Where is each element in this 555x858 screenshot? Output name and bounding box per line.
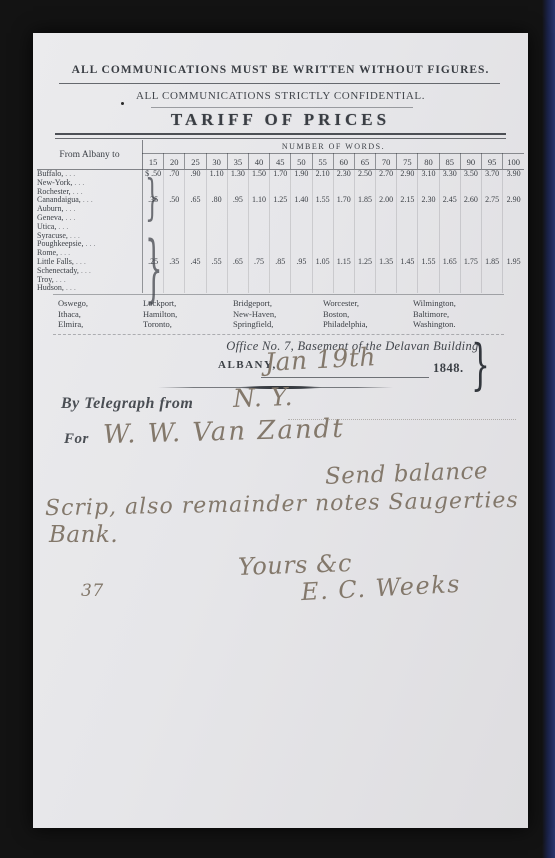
price-cell: .90 <box>185 170 206 179</box>
price-cell: 2.75 <box>482 196 503 205</box>
price-cell: 2.00 <box>376 196 397 205</box>
empty-cell <box>164 214 185 223</box>
header-confidential-line: ALL COMMUNICATIONS STRICTLY CONFIDENTIAL… <box>33 90 528 102</box>
city-name: Canandaigua, <box>37 196 143 205</box>
price-cell: 1.25 <box>270 196 291 205</box>
price-cell: .45 <box>185 258 206 267</box>
empty-cell <box>248 232 269 241</box>
empty-cell <box>397 179 418 188</box>
word-count-header: 65 <box>354 154 375 170</box>
city-name: Syracuse, <box>37 232 143 241</box>
word-count-header: 60 <box>333 154 354 170</box>
empty-cell <box>376 284 397 293</box>
station-name: Bridgeport, <box>233 298 276 309</box>
city-name: Auburn, <box>37 205 143 214</box>
empty-cell <box>354 276 375 285</box>
empty-cell <box>418 214 439 223</box>
empty-cell <box>143 267 164 276</box>
tariff-row: Syracuse, <box>37 232 524 241</box>
station-column: Lockport,Hamilton,Toronto, <box>143 298 177 330</box>
empty-cell <box>460 276 481 285</box>
empty-cell <box>418 179 439 188</box>
empty-cell <box>227 267 248 276</box>
price-cell: .65 <box>185 196 206 205</box>
empty-cell <box>248 223 269 232</box>
price-cell: .70 <box>164 170 185 179</box>
price-cell: 1.25 <box>354 258 375 267</box>
station-name: Philadelphia, <box>323 319 368 330</box>
empty-cell <box>143 276 164 285</box>
header-rule <box>59 83 500 84</box>
empty-cell <box>439 232 460 241</box>
empty-cell <box>376 205 397 214</box>
empty-cell <box>460 223 481 232</box>
date-underline <box>261 377 429 378</box>
page-title: TARIFF OF PRICES <box>33 110 528 130</box>
tariff-row: Troy, <box>37 276 524 285</box>
empty-cell <box>291 205 312 214</box>
empty-cell <box>227 284 248 293</box>
empty-cell <box>164 276 185 285</box>
price-cell: 2.30 <box>418 196 439 205</box>
empty-cell <box>482 232 503 241</box>
tariff-row: Little Falls,.25.35.45.55.65.75.85.951.0… <box>37 258 524 267</box>
price-cell: .35 <box>143 196 164 205</box>
empty-cell <box>397 232 418 241</box>
tariff-row: Auburn, <box>37 205 524 214</box>
empty-cell <box>206 284 227 293</box>
empty-cell <box>143 232 164 241</box>
empty-cell <box>503 232 524 241</box>
tariff-row: Hudson, <box>37 284 524 293</box>
station-name: Lockport, <box>143 298 177 309</box>
empty-cell <box>312 232 333 241</box>
empty-cell <box>291 232 312 241</box>
empty-cell <box>248 214 269 223</box>
word-count-header: 30 <box>206 154 227 170</box>
station-name: Boston, <box>323 309 368 320</box>
price-cell: 1.70 <box>270 170 291 179</box>
empty-cell <box>312 284 333 293</box>
message-line-2: Scrip, also remainder notes Saugerties <box>45 488 519 521</box>
empty-cell <box>460 179 481 188</box>
tariff-row: Geneva, <box>37 214 524 223</box>
price-cell: 2.50 <box>354 170 375 179</box>
empty-cell <box>439 284 460 293</box>
empty-cell <box>312 267 333 276</box>
price-cell: 1.10 <box>206 170 227 179</box>
station-name: Oswego, <box>58 298 88 309</box>
price-cell: .55 <box>206 258 227 267</box>
station-name: Elmira, <box>58 319 88 330</box>
empty-cell <box>312 179 333 188</box>
city-name: Rome, <box>37 249 143 258</box>
empty-cell <box>333 232 354 241</box>
empty-cell <box>397 214 418 223</box>
price-cell: 1.85 <box>482 258 503 267</box>
empty-cell <box>333 205 354 214</box>
empty-cell <box>439 205 460 214</box>
empty-cell <box>248 276 269 285</box>
empty-cell <box>418 223 439 232</box>
empty-cell <box>376 214 397 223</box>
title-double-rule <box>55 133 506 139</box>
station-column: Bridgeport,New-Haven,Springfield, <box>233 298 276 330</box>
empty-cell <box>482 267 503 276</box>
by-telegraph-from-label: By Telegraph from <box>61 395 193 413</box>
price-cell: 1.05 <box>312 258 333 267</box>
empty-cell <box>354 240 375 249</box>
empty-cell <box>439 267 460 276</box>
empty-cell <box>248 267 269 276</box>
empty-cell <box>227 240 248 249</box>
price-cell: .80 <box>206 196 227 205</box>
empty-cell <box>291 284 312 293</box>
empty-cell <box>333 179 354 188</box>
printed-year: 1848. <box>433 361 464 376</box>
empty-cell <box>143 179 164 188</box>
price-cell: 1.40 <box>291 196 312 205</box>
word-count-header: 20 <box>164 154 185 170</box>
city-name: Hudson, <box>37 284 143 293</box>
tariff-table: From Albany to NUMBER OF WORDS. 15202530… <box>37 140 524 293</box>
empty-cell <box>185 179 206 188</box>
empty-cell <box>206 276 227 285</box>
price-cell: .95 <box>291 258 312 267</box>
empty-cell <box>503 205 524 214</box>
word-count-header: 90 <box>460 154 481 170</box>
city-name: Little Falls, <box>37 258 143 267</box>
empty-cell <box>206 267 227 276</box>
empty-cell <box>270 240 291 249</box>
price-cell: .95 <box>227 196 248 205</box>
handwritten-recipient: W. W. Van Zandt <box>103 414 345 450</box>
tariff-row: Canandaigua,.35.50.65.80.951.101.251.401… <box>37 196 524 205</box>
empty-cell <box>376 276 397 285</box>
empty-cell <box>185 232 206 241</box>
word-count-header: 75 <box>397 154 418 170</box>
message-line-1: Send balance <box>325 458 489 490</box>
empty-cell <box>354 214 375 223</box>
stations-bottom-rule <box>53 334 504 335</box>
city-name: New-York, <box>37 179 143 188</box>
empty-cell <box>418 267 439 276</box>
word-count-header: 100 <box>503 154 524 170</box>
number-of-words-header: NUMBER OF WORDS. <box>143 140 525 154</box>
word-count-header: 35 <box>227 154 248 170</box>
empty-cell <box>185 276 206 285</box>
price-cell: 1.55 <box>312 196 333 205</box>
empty-cell <box>503 284 524 293</box>
empty-cell <box>185 267 206 276</box>
city-name: Troy, <box>37 276 143 285</box>
empty-cell <box>482 284 503 293</box>
empty-cell <box>164 223 185 232</box>
empty-cell <box>185 214 206 223</box>
empty-cell <box>354 205 375 214</box>
empty-cell <box>227 276 248 285</box>
price-cell: 2.10 <box>312 170 333 179</box>
price-cell: 1.35 <box>376 258 397 267</box>
empty-cell <box>143 240 164 249</box>
empty-cell <box>206 179 227 188</box>
empty-cell <box>291 267 312 276</box>
confidential-underline <box>151 107 413 108</box>
price-cell: .85 <box>270 258 291 267</box>
header-warning-line: ALL COMMUNICATIONS MUST BE WRITTEN WITHO… <box>33 64 528 76</box>
station-name: Baltimore, <box>413 309 456 320</box>
word-count-header: 25 <box>185 154 206 170</box>
empty-cell <box>482 276 503 285</box>
empty-cell <box>439 214 460 223</box>
empty-cell <box>418 205 439 214</box>
empty-cell <box>248 284 269 293</box>
empty-cell <box>206 232 227 241</box>
stations-top-rule <box>53 294 504 295</box>
empty-cell <box>482 214 503 223</box>
empty-cell <box>418 232 439 241</box>
word-count-header: 55 <box>312 154 333 170</box>
price-cell: 3.10 <box>418 170 439 179</box>
city-name: Utica, <box>37 223 143 232</box>
empty-cell <box>164 284 185 293</box>
empty-cell <box>376 267 397 276</box>
word-count-header: 45 <box>270 154 291 170</box>
empty-cell <box>227 214 248 223</box>
price-cell: 2.30 <box>333 170 354 179</box>
station-name: Wilmington, <box>413 298 456 309</box>
price-cell: 3.90 <box>503 170 524 179</box>
price-cell: 1.85 <box>354 196 375 205</box>
empty-cell <box>312 276 333 285</box>
empty-cell <box>460 232 481 241</box>
price-cell: .35 <box>164 258 185 267</box>
word-count-header: 70 <box>376 154 397 170</box>
empty-cell <box>291 214 312 223</box>
empty-cell <box>206 240 227 249</box>
empty-cell <box>503 214 524 223</box>
price-cell: 1.30 <box>227 170 248 179</box>
empty-cell <box>333 284 354 293</box>
handwritten-date: Jan 19th <box>264 342 376 377</box>
price-cell: $ .50 <box>143 170 164 179</box>
for-label: For <box>64 431 89 448</box>
empty-cell <box>143 284 164 293</box>
empty-cell <box>503 276 524 285</box>
tariff-row: Utica, <box>37 223 524 232</box>
station-name: Hamilton, <box>143 309 177 320</box>
word-count-header: 80 <box>418 154 439 170</box>
empty-cell <box>460 240 481 249</box>
empty-cell <box>397 284 418 293</box>
word-count-header: 15 <box>143 154 164 170</box>
station-column: Wilmington,Baltimore,Washington. <box>413 298 456 330</box>
price-cell: .50 <box>164 196 185 205</box>
price-cell: 1.90 <box>291 170 312 179</box>
empty-cell <box>397 240 418 249</box>
empty-cell <box>333 223 354 232</box>
empty-cell <box>185 223 206 232</box>
price-cell: .25 <box>143 258 164 267</box>
empty-cell <box>503 223 524 232</box>
empty-cell <box>270 267 291 276</box>
empty-cell <box>376 179 397 188</box>
empty-cell <box>418 284 439 293</box>
empty-cell <box>354 232 375 241</box>
empty-cell <box>397 223 418 232</box>
empty-cell <box>185 240 206 249</box>
price-cell: 1.50 <box>248 170 269 179</box>
station-name: Washington. <box>413 319 456 330</box>
price-cell: 1.45 <box>397 258 418 267</box>
empty-cell <box>206 223 227 232</box>
tariff-row: Schenectady, <box>37 267 524 276</box>
price-cell: 3.50 <box>460 170 481 179</box>
empty-cell <box>164 179 185 188</box>
empty-cell <box>270 284 291 293</box>
word-count-header: 50 <box>291 154 312 170</box>
empty-cell <box>333 240 354 249</box>
telegraph-form-paper: ALL COMMUNICATIONS MUST BE WRITTEN WITHO… <box>33 33 528 828</box>
message-line-3: Bank. <box>49 522 118 548</box>
empty-cell <box>185 205 206 214</box>
price-cell: 1.10 <box>248 196 269 205</box>
empty-cell <box>227 205 248 214</box>
empty-cell <box>354 267 375 276</box>
empty-cell <box>460 284 481 293</box>
empty-cell <box>482 240 503 249</box>
price-cell: .75 <box>248 258 269 267</box>
empty-cell <box>418 276 439 285</box>
empty-cell <box>439 276 460 285</box>
city-name: Schenectady, <box>37 267 143 276</box>
empty-cell <box>312 240 333 249</box>
empty-cell <box>418 240 439 249</box>
station-column: Oswego,Ithaca,Elmira, <box>58 298 88 330</box>
empty-cell <box>291 240 312 249</box>
empty-cell <box>185 284 206 293</box>
empty-cell <box>143 205 164 214</box>
price-cell: .65 <box>227 258 248 267</box>
price-cell: 1.55 <box>418 258 439 267</box>
photo-edge-blue-strip <box>542 0 555 858</box>
tariff-row: New-York, <box>37 179 524 188</box>
price-cell: 2.60 <box>460 196 481 205</box>
empty-cell <box>503 267 524 276</box>
empty-cell <box>482 179 503 188</box>
empty-cell <box>333 276 354 285</box>
empty-cell <box>354 284 375 293</box>
price-cell: 2.15 <box>397 196 418 205</box>
empty-cell <box>248 205 269 214</box>
empty-cell <box>482 223 503 232</box>
empty-cell <box>248 240 269 249</box>
empty-cell <box>270 223 291 232</box>
tariff-table-body: Buffalo,$ .50.70.901.101.301.501.701.902… <box>37 170 524 294</box>
empty-cell <box>270 276 291 285</box>
empty-cell <box>333 267 354 276</box>
price-cell: 1.75 <box>460 258 481 267</box>
station-column: Worcester,Boston,Philadelphia, <box>323 298 368 330</box>
price-cell: 3.70 <box>482 170 503 179</box>
empty-cell <box>460 205 481 214</box>
handwritten-word-count: 37 <box>81 581 104 601</box>
word-count-header: 40 <box>248 154 269 170</box>
price-cell: 1.65 <box>439 258 460 267</box>
empty-cell <box>248 179 269 188</box>
empty-cell <box>164 240 185 249</box>
empty-cell <box>333 214 354 223</box>
price-cell: 1.95 <box>503 258 524 267</box>
additional-stations-list: Oswego,Ithaca,Elmira,Lockport,Hamilton,T… <box>33 298 528 332</box>
station-name: Worcester, <box>323 298 368 309</box>
paper-speck <box>121 102 124 105</box>
empty-cell <box>397 267 418 276</box>
city-name: Geneva, <box>37 214 143 223</box>
city-name: Poughkeepsie, <box>37 240 143 249</box>
empty-cell <box>503 240 524 249</box>
empty-cell <box>291 276 312 285</box>
word-count-header: 95 <box>482 154 503 170</box>
empty-cell <box>143 223 164 232</box>
empty-cell <box>312 205 333 214</box>
station-name: Springfield, <box>233 319 276 330</box>
empty-cell <box>227 179 248 188</box>
empty-cell <box>482 205 503 214</box>
empty-cell <box>270 232 291 241</box>
price-cell: 2.90 <box>397 170 418 179</box>
price-cell: 2.70 <box>376 170 397 179</box>
empty-cell <box>354 223 375 232</box>
empty-cell <box>164 232 185 241</box>
from-albany-header: From Albany to <box>37 140 143 170</box>
city-name: Buffalo, <box>37 170 143 179</box>
empty-cell <box>439 240 460 249</box>
city-name: Rochester, <box>37 188 143 197</box>
empty-cell <box>164 205 185 214</box>
tariff-row: Poughkeepsie, <box>37 240 524 249</box>
price-cell: 3.30 <box>439 170 460 179</box>
empty-cell <box>270 205 291 214</box>
empty-cell <box>227 232 248 241</box>
empty-cell <box>164 267 185 276</box>
empty-cell <box>312 214 333 223</box>
empty-cell <box>376 232 397 241</box>
empty-cell <box>397 205 418 214</box>
empty-cell <box>143 214 164 223</box>
empty-cell <box>291 223 312 232</box>
handwritten-origin: N. Y. <box>233 382 294 413</box>
empty-cell <box>206 214 227 223</box>
empty-cell <box>291 179 312 188</box>
empty-cell <box>439 179 460 188</box>
empty-cell <box>312 223 333 232</box>
word-count-header: 85 <box>439 154 460 170</box>
station-name: Ithaca, <box>58 309 88 320</box>
empty-cell <box>270 179 291 188</box>
empty-cell <box>460 267 481 276</box>
price-cell: 2.90 <box>503 196 524 205</box>
station-name: Toronto, <box>143 319 177 330</box>
empty-cell <box>227 223 248 232</box>
empty-cell <box>503 179 524 188</box>
tariff-table-container: From Albany to NUMBER OF WORDS. 15202530… <box>37 140 524 293</box>
empty-cell <box>206 205 227 214</box>
empty-cell <box>376 240 397 249</box>
empty-cell <box>270 214 291 223</box>
price-cell: 1.15 <box>333 258 354 267</box>
station-name: New-Haven, <box>233 309 276 320</box>
